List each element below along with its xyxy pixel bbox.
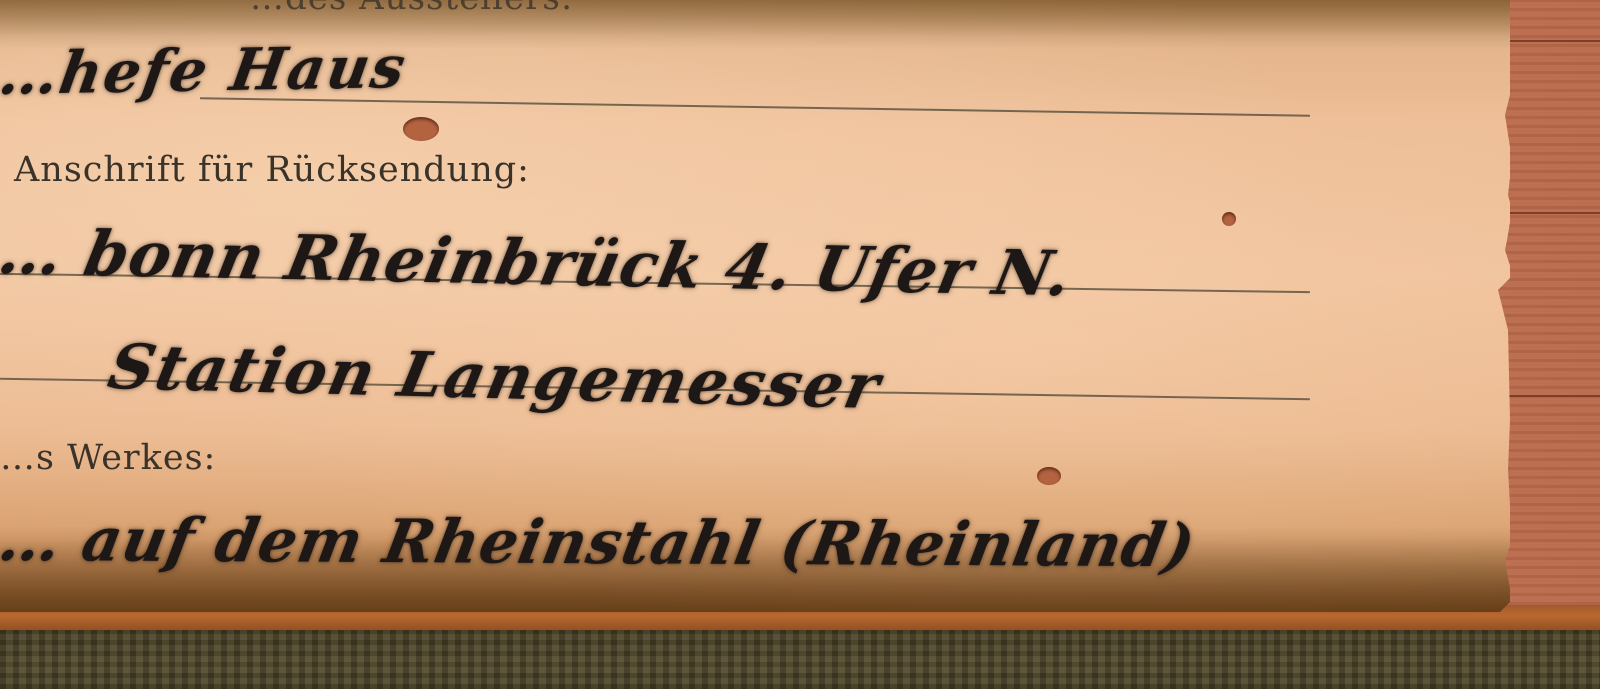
handwritten-line-1: …hefe Haus — [0, 33, 412, 108]
wood-seam — [1508, 212, 1600, 214]
printed-field-work-title: …s Werkes: — [0, 438, 216, 478]
paper-damage-spot — [403, 117, 439, 141]
paper-damage-spot — [1222, 212, 1236, 226]
cloth-backing — [0, 630, 1600, 689]
handwritten-line-4: … auf dem Rheinstahl (Rheinland) — [0, 505, 1201, 581]
printed-field-exhibitor: …des Ausstellers: — [250, 0, 573, 18]
wood-seam — [1508, 395, 1600, 397]
printed-field-return-address: Anschrift für Rücksendung: — [14, 150, 530, 190]
paper-damage-spot — [1037, 467, 1061, 485]
wood-seam — [1508, 40, 1600, 42]
